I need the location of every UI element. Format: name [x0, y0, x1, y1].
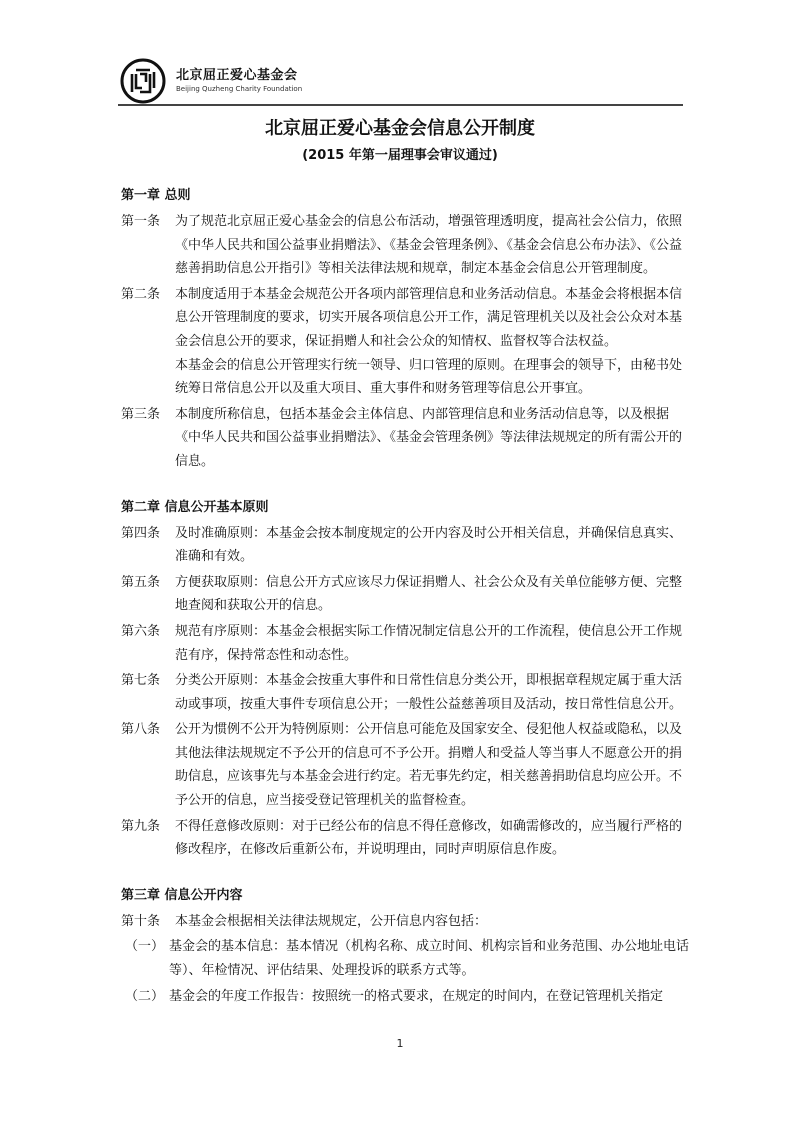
article-label: 第七条 [121, 669, 175, 716]
article: 第三条 本制度所称信息，包括本基金会主体信息、内部管理信息和业务活动信息等，以及… [121, 403, 691, 474]
org-name-en: Beijing Quzheng Charity Foundation [176, 84, 302, 94]
article: 第九条 不得任意修改原则：对于已经公布的信息不得任意修改，如确需修改的，应当履行… [121, 815, 691, 862]
article-label: 第三条 [121, 403, 175, 474]
item-text: 基金会的基本信息：基本情况（机构名称、成立时间、机构宗旨和业务范围、办公地址电话… [169, 935, 691, 982]
letterhead: 北京屈正爱心基金会 Beijing Quzheng Charity Founda… [120, 58, 302, 104]
article-text: 规范有序原则：本基金会根据实际工作情况制定信息公开的工作流程，使信息公开工作规范… [175, 620, 691, 667]
org-name-cn: 北京屈正爱心基金会 [176, 68, 302, 84]
document-body: 第一章 总则 第一条 为了规范北京屈正爱心基金会的信息公布活动，增强管理透明度，… [121, 184, 691, 1008]
article: 第一条 为了规范北京屈正爱心基金会的信息公布活动，增强管理透明度，提高社会公信力… [121, 210, 691, 281]
chapter-heading: 第三章 信息公开内容 [121, 884, 691, 908]
page-number: 1 [0, 1037, 800, 1050]
article-label: 第十条 [121, 910, 175, 934]
article-text: 不得任意修改原则：对于已经公布的信息不得任意修改，如确需修改的，应当履行严格的修… [175, 815, 691, 862]
article: 第二条 本制度适用于本基金会规范公开各项内部管理信息和业务活动信息。本基金会将根… [121, 283, 691, 401]
item-label: （一） [121, 935, 169, 982]
article-text: 本基金会的信息公开管理实行统一领导、归口管理的原则。在理事会的领导下，由秘书处统… [175, 354, 691, 401]
item-label: （二） [121, 985, 169, 1009]
article-text: 为了规范北京屈正爱心基金会的信息公布活动，增强管理透明度，提高社会公信力，依照《… [175, 210, 691, 281]
document-title: 北京屈正爱心基金会信息公开制度 [0, 114, 800, 140]
article-text: 及时准确原则：本基金会按本制度规定的公开内容及时公开相关信息，并确保信息真实、准… [175, 522, 691, 569]
list-item: （一） 基金会的基本信息：基本情况（机构名称、成立时间、机构宗旨和业务范围、办公… [121, 935, 691, 982]
brand-block: 北京屈正爱心基金会 Beijing Quzheng Charity Founda… [176, 68, 302, 94]
article-text: 本制度适用于本基金会规范公开各项内部管理信息和业务活动信息。本基金会将根据本信息… [175, 283, 691, 354]
article-text: 本基金会根据相关法律法规规定，公开信息内容包括： [175, 910, 691, 934]
list-item: （二） 基金会的年度工作报告：按照统一的格式要求，在规定的时间内，在登记管理机关… [121, 985, 691, 1009]
article-text: 本制度所称信息，包括本基金会主体信息、内部管理信息和业务活动信息等，以及根据《中… [175, 403, 691, 474]
article-label: 第九条 [121, 815, 175, 862]
foundation-logo-icon [120, 58, 166, 104]
article-label: 第六条 [121, 620, 175, 667]
article-label: 第二条 [121, 283, 175, 401]
article: 第六条 规范有序原则：本基金会根据实际工作情况制定信息公开的工作流程，使信息公开… [121, 620, 691, 667]
article-text: 方便获取原则：信息公开方式应该尽力保证捐赠人、社会公众及有关单位能够方便、完整地… [175, 571, 691, 618]
chapter-heading: 第二章 信息公开基本原则 [121, 496, 691, 520]
item-text: 基金会的年度工作报告：按照统一的格式要求，在规定的时间内，在登记管理机关指定 [169, 985, 691, 1009]
article-text: 分类公开原则：本基金会按重大事件和日常性信息分类公开，即根据章程规定属于重大活动… [175, 669, 691, 716]
article-label: 第五条 [121, 571, 175, 618]
article: 第八条 公开为惯例不公开为特例原则：公开信息可能危及国家安全、侵犯他人权益或隐私… [121, 718, 691, 812]
article: 第十条 本基金会根据相关法律法规规定，公开信息内容包括： [121, 910, 691, 934]
article: 第五条 方便获取原则：信息公开方式应该尽力保证捐赠人、社会公众及有关单位能够方便… [121, 571, 691, 618]
chapter-heading: 第一章 总则 [121, 184, 691, 208]
article: 第七条 分类公开原则：本基金会按重大事件和日常性信息分类公开，即根据章程规定属于… [121, 669, 691, 716]
header-divider [118, 104, 683, 106]
article-label: 第四条 [121, 522, 175, 569]
article-text: 公开为惯例不公开为特例原则：公开信息可能危及国家安全、侵犯他人权益或隐私，以及其… [175, 718, 691, 812]
article-label: 第一条 [121, 210, 175, 281]
document-page: 北京屈正爱心基金会 Beijing Quzheng Charity Founda… [0, 0, 800, 1131]
article-label: 第八条 [121, 718, 175, 812]
article: 第四条 及时准确原则：本基金会按本制度规定的公开内容及时公开相关信息，并确保信息… [121, 522, 691, 569]
document-subtitle: (2015 年第一届理事会审议通过) [0, 144, 800, 163]
